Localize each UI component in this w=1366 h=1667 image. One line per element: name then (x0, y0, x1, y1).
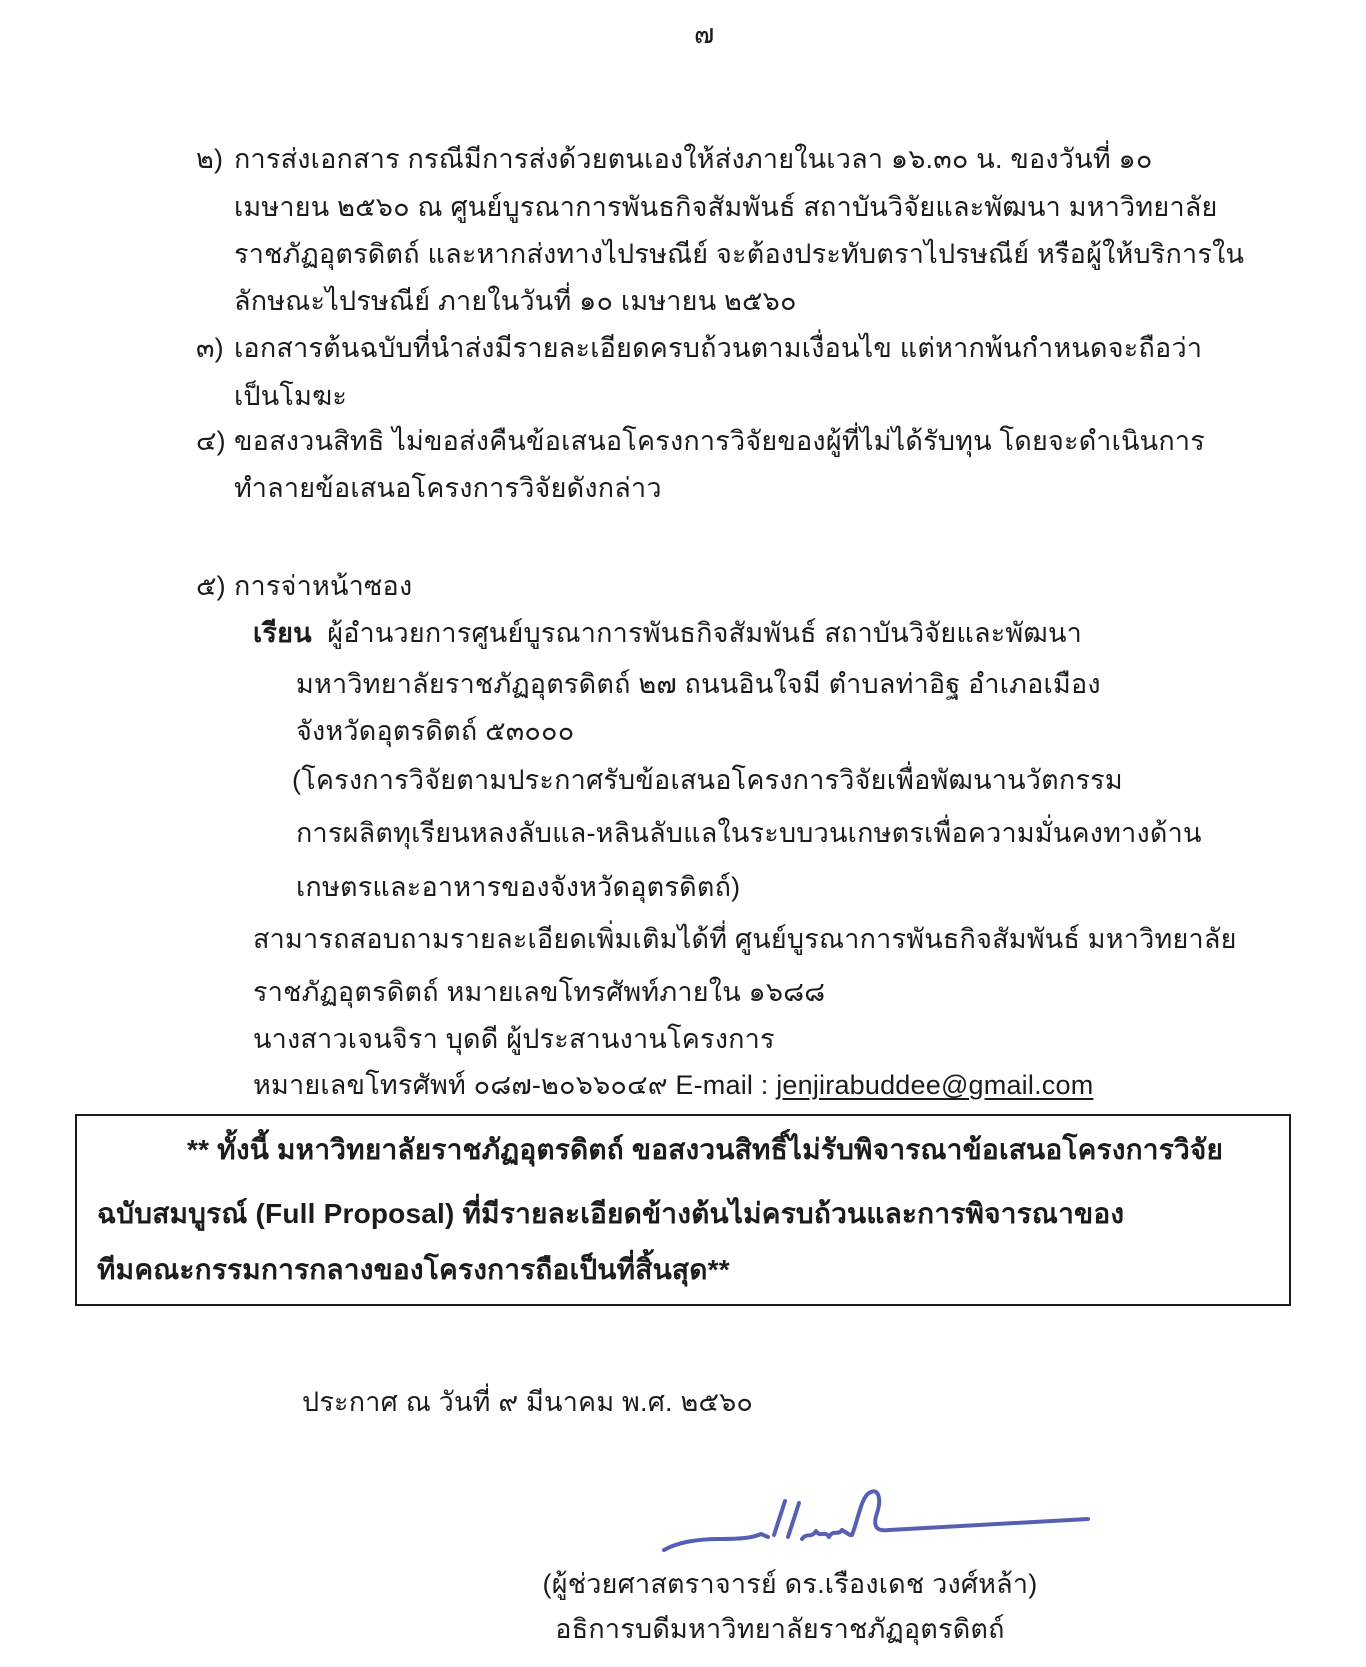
address-line2: มหาวิทยาลัยราชภัฏอุตรดิตถ์ ๒๗ ถนนอินใจมี… (296, 666, 1101, 702)
item2-line1: ๒)การส่งเอกสาร กรณีมีการส่งด้วยตนเองให้ส… (196, 141, 1153, 177)
notice-line2: ฉบับสมบูรณ์ (Full Proposal) ที่มีรายละเอ… (97, 1196, 1124, 1232)
item4-line1: ๔)ขอสงวนสิทธิ ไม่ขอส่งคืนข้อเสนอโครงการว… (196, 423, 1205, 459)
item2-line2: เมษายน ๒๕๖๐ ณ ศูนย์บูรณาการพันธกิจสัมพัน… (234, 189, 1218, 225)
phone-prefix: หมายเลขโทรศัพท์ ๐๘๗-๒๐๖๖๐๔๙ E-mail : (253, 1070, 776, 1100)
salutation-label: เรียน (253, 618, 312, 648)
project-line3: เกษตรและอาหารของจังหวัดอุตรดิตถ์) (296, 869, 740, 905)
item2-line4: ลักษณะไปรษณีย์ ภายในวันที่ ๑๐ เมษายน ๒๕๖… (234, 283, 797, 319)
notice-line1: ** ทั้งนี้ มหาวิทยาลัยราชภัฏอุตรดิตถ์ ขอ… (187, 1132, 1223, 1168)
contact-line1: สามารถสอบถามรายละเอียดเพิ่มเติมได้ที่ ศู… (253, 921, 1237, 957)
address-salutation-line: เรียน ผู้อำนวยการศูนย์บูรณาการพันธกิจสัม… (253, 615, 1082, 651)
address-line3: จังหวัดอุตรดิตถ์ ๕๓๐๐๐ (296, 713, 574, 749)
signer-title: อธิการบดีมหาวิทยาลัยราชภัฏอุตรดิตถ์ (480, 1611, 1080, 1647)
item2-marker: ๒) (196, 141, 234, 177)
item3-marker: ๓) (196, 330, 234, 366)
notice-line3: ทีมคณะกรรมการกลางของโครงการถือเป็นที่สิ้… (97, 1252, 730, 1288)
document-page: ๗ ๒)การส่งเอกสาร กรณีมีการส่งด้วยตนเองให… (0, 0, 1366, 1667)
contact-phone-line: หมายเลขโทรศัพท์ ๐๘๗-๒๐๖๖๐๔๙ E-mail : jen… (253, 1067, 1093, 1103)
announcement-line: ประกาศ ณ วันที่ ๙ มีนาคม พ.ศ. ๒๕๖๐ (302, 1384, 753, 1420)
item3-line2: เป็นโมฆะ (234, 378, 347, 414)
email-link[interactable]: jenjirabuddee@gmail.com (776, 1070, 1093, 1100)
item4-marker: ๔) (196, 423, 234, 459)
item5-marker: ๕) (196, 568, 234, 604)
contact-line2: ราชภัฏอุตรดิตถ์ หมายเลขโทรศัพท์ภายใน ๑๖๘… (253, 974, 825, 1010)
project-line1: (โครงการวิจัยตามประกาศรับข้อเสนอโครงการว… (292, 762, 1123, 798)
item3-line1: ๓)เอกสารต้นฉบับที่นำส่งมีรายละเอียดครบถ้… (196, 330, 1202, 366)
item4-line2: ทำลายข้อเสนอโครงการวิจัยดังกล่าว (234, 470, 662, 506)
item2-line3: ราชภัฏอุตรดิตถ์ และหากส่งทางไปรษณีย์ จะต… (234, 236, 1244, 272)
page-number: ๗ (694, 16, 715, 52)
contact-line3: นางสาวเจนจิรา บุดดี ผู้ประสานงานโครงการ (253, 1021, 775, 1057)
signer-name: (ผู้ช่วยศาสตราจารย์ ดร.เรืองเดช วงศ์หล้า… (480, 1566, 1100, 1602)
signature-ink (658, 1484, 1098, 1568)
item5-line: ๕)การจ่าหน้าซอง (196, 568, 412, 604)
notice-box: ** ทั้งนี้ มหาวิทยาลัยราชภัฏอุตรดิตถ์ ขอ… (75, 1114, 1291, 1306)
project-line2: การผลิตทุเรียนหลงลับแล-หลินลับแลในระบบวน… (296, 815, 1202, 851)
